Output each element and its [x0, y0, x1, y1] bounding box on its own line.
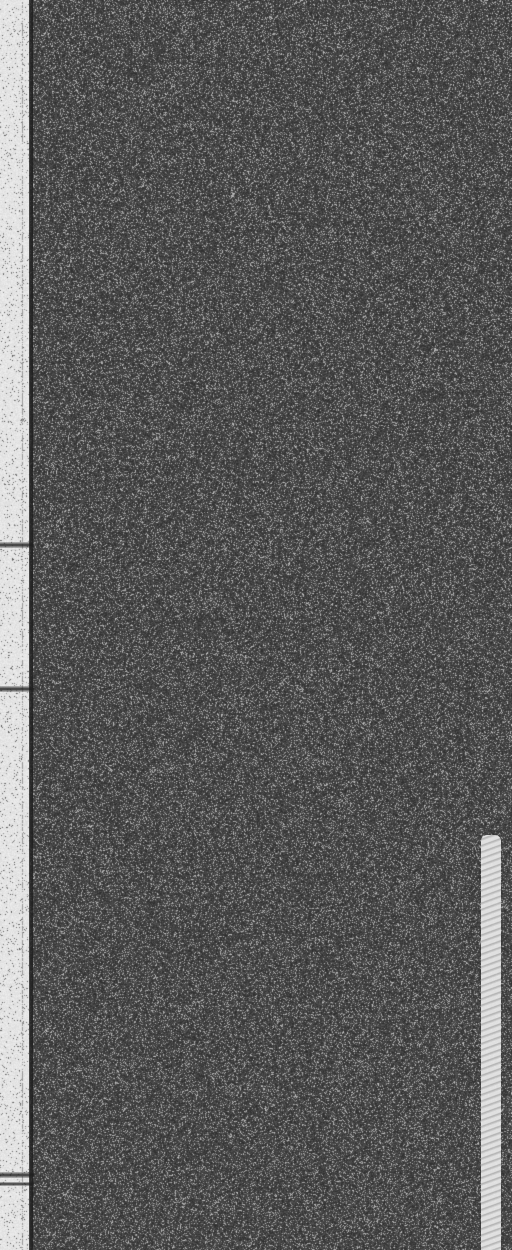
road-scene — [0, 0, 512, 1250]
lane-marking — [481, 835, 501, 1250]
curb-joint — [0, 686, 34, 692]
curb-joint — [0, 1172, 34, 1178]
curb-joint — [0, 542, 34, 548]
asphalt-surface — [30, 0, 512, 1250]
curb-edge-line — [29, 0, 33, 1250]
concrete-curb — [0, 0, 30, 1250]
curb-joint — [0, 1182, 34, 1186]
